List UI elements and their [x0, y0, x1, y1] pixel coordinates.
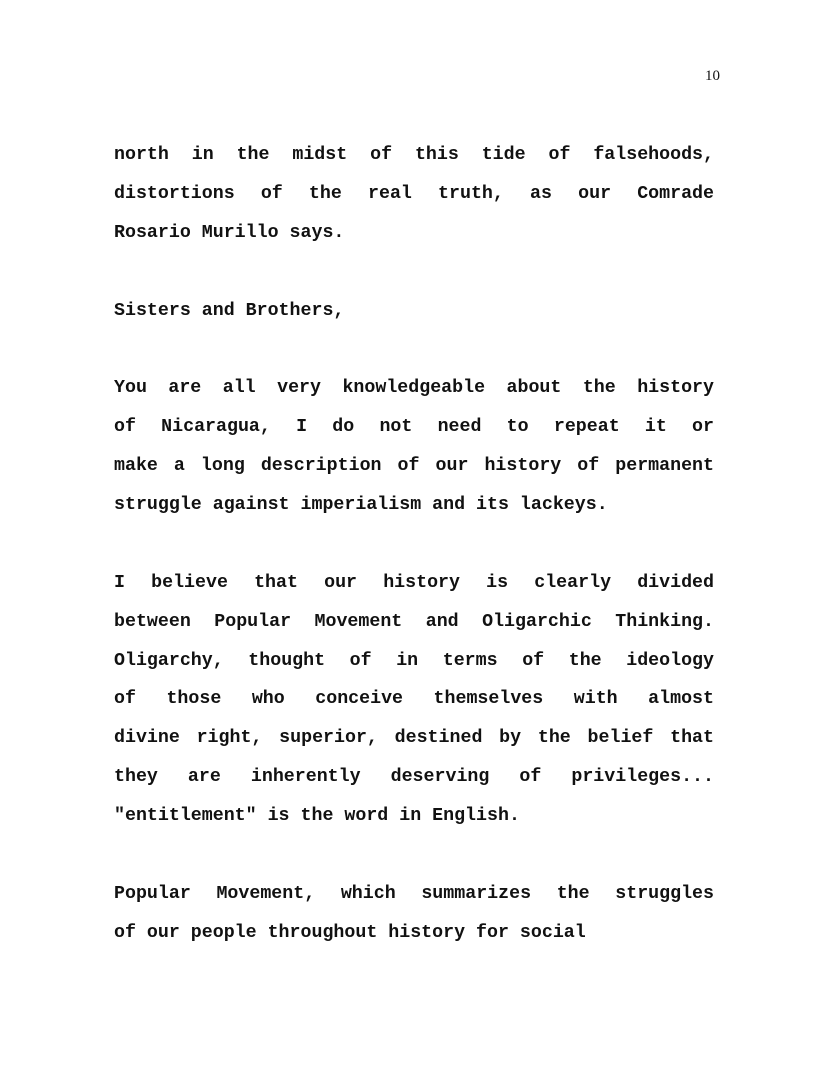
text-line: of those who conceive themselves with al… — [114, 680, 714, 719]
body-text: north in the midst of this tide of false… — [114, 136, 714, 953]
paragraph: I believe that our history is clearly di… — [114, 564, 714, 836]
paragraph-gap — [114, 330, 714, 369]
text-line: "entitlement" is the word in English. — [114, 797, 714, 836]
text-line: Rosario Murillo says. — [114, 214, 714, 253]
text-line: they are inherently deserving of privile… — [114, 758, 714, 797]
text-line: make a long description of our history o… — [114, 447, 714, 486]
paragraph: You are all very knowledgeable about the… — [114, 369, 714, 525]
page-number: 10 — [680, 68, 720, 85]
text-line: of our people throughout history for soc… — [114, 914, 714, 953]
text-line: Popular Movement, which summarizes the s… — [114, 875, 714, 914]
text-line: struggle against imperialism and its lac… — [114, 486, 714, 525]
paragraph: Sisters and Brothers, — [114, 292, 714, 331]
text-line: Oligarchy, thought of in terms of the id… — [114, 642, 714, 681]
paragraph-gap — [114, 253, 714, 292]
paragraph: Popular Movement, which summarizes the s… — [114, 875, 714, 953]
text-line: You are all very knowledgeable about the… — [114, 369, 714, 408]
text-line: of Nicaragua, I do not need to repeat it… — [114, 408, 714, 447]
text-line: north in the midst of this tide of false… — [114, 136, 714, 175]
paragraph-gap — [114, 836, 714, 875]
text-line: divine right, superior, destined by the … — [114, 719, 714, 758]
paragraph: north in the midst of this tide of false… — [114, 136, 714, 253]
text-line: Sisters and Brothers, — [114, 292, 714, 331]
paragraph-gap — [114, 525, 714, 564]
text-line: I believe that our history is clearly di… — [114, 564, 714, 603]
text-line: distortions of the real truth, as our Co… — [114, 175, 714, 214]
text-line: between Popular Movement and Oligarchic … — [114, 603, 714, 642]
